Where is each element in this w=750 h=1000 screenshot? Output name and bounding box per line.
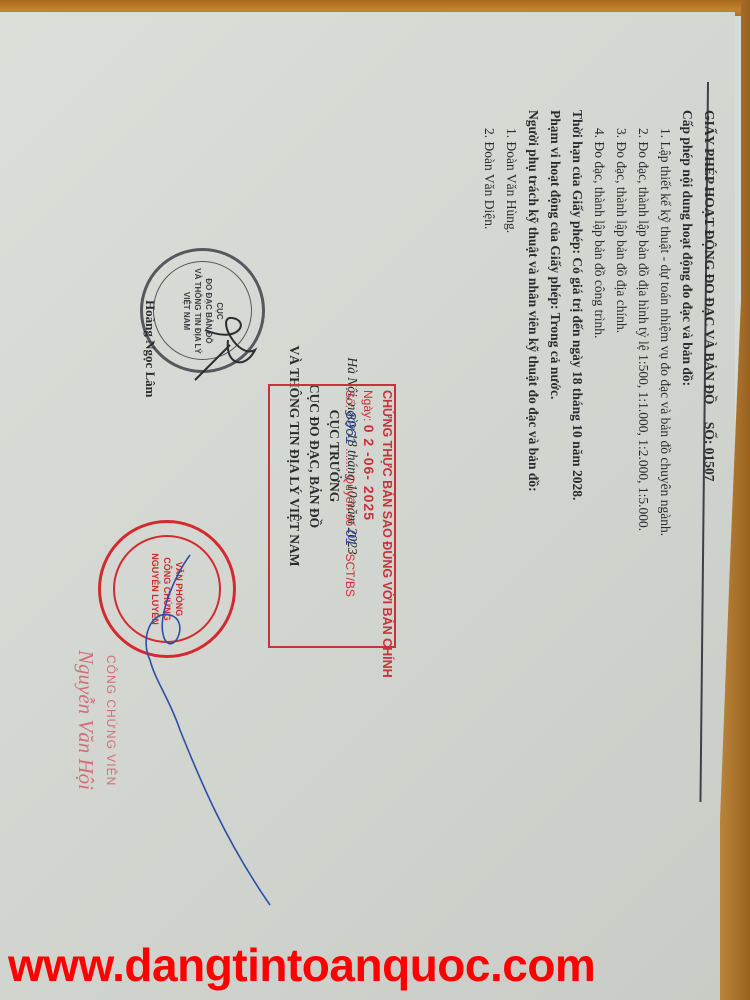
seal-line: ĐO ĐẠC BẢN ĐỒ	[203, 268, 214, 353]
scope-item: 4. Đo đạc, thành lập bản đồ công trình.	[588, 110, 610, 870]
date-value: 0 2 -06- 2025	[361, 425, 377, 521]
scope-heading: Cấp phép nội dung hoạt động đo đạc và bả…	[676, 110, 698, 870]
book-value: 01	[342, 529, 359, 546]
official-seal: CỤC ĐO ĐẠC BẢN ĐỒ VÀ THÔNG TIN ĐỊA LÝ VI…	[140, 248, 265, 373]
notary-seal-text: VĂN PHÒNG CÔNG CHỨNG NGUYỄN LUYẾN	[149, 553, 185, 625]
validity-line: Thời hạn của Giấy phép: Có giá trị đến n…	[566, 110, 588, 870]
notary-name: Nguyễn Văn Hội	[73, 650, 98, 790]
official-seal-text: CỤC ĐO ĐẠC BẢN ĐỒ VÀ THÔNG TIN ĐỊA LÝ VI…	[181, 268, 225, 353]
seal-line: CỤC	[214, 268, 225, 353]
title-text: GIẤY PHÉP HOẠT ĐỘNG ĐO ĐẠC VÀ BẢN ĐỒ	[702, 110, 717, 405]
seal-line: CÔNG CHỨNG	[161, 553, 173, 625]
certification-heading: CHỨNG THỰC BẢN SAO ĐÚNG VỚI BẢN CHÍNH	[378, 390, 396, 650]
notary-title: CÔNG CHỨNG VIÊN	[104, 655, 118, 786]
signer-name: Hoàng Ngọc Lâm	[142, 300, 158, 398]
watermark-url: www.dangtintoanquoc.com	[8, 938, 708, 992]
seal-line: VĂN PHÒNG	[173, 553, 185, 625]
book-label: Quyển số	[343, 475, 357, 526]
certification-stamp: CHỨNG THỰC BẢN SAO ĐÚNG VỚI BẢN CHÍNH Ng…	[341, 390, 396, 650]
scope-item: 3. Đo đạc, thành lập bản đồ địa chính.	[610, 110, 632, 870]
notary-seal: VĂN PHÒNG CÔNG CHỨNG NGUYỄN LUYẾN	[98, 520, 236, 658]
seal-line: VÀ THÔNG TIN ĐỊA LÝ	[192, 268, 203, 353]
book-suffix: -SCT/BS	[343, 550, 357, 597]
certification-number-row: Số: 8961 ....... Quyển số 01 -SCT/BS	[341, 390, 359, 650]
license-number: SỐ: 01507	[702, 422, 717, 482]
personnel-item: 2. Đoàn Văn Diện.	[478, 110, 500, 870]
scope-item: 1. Lập thiết kế kỹ thuật - dự toán nhiệm…	[654, 110, 676, 870]
number-label: Số:	[343, 390, 357, 408]
seal-line: VIỆT NAM	[181, 268, 192, 353]
date-label: Ngày:	[361, 390, 375, 421]
license-document-body: GIẤY PHÉP HOẠT ĐỘNG ĐO ĐẠC VÀ BẢN ĐỒ SỐ:…	[80, 110, 720, 870]
certification-date-row: Ngày: 0 2 -06- 2025	[359, 390, 378, 650]
personnel-heading: Người phụ trách kỹ thuật và nhân viên kỹ…	[522, 110, 544, 870]
seal-line: NGUYỄN LUYẾN	[149, 553, 161, 625]
area-line: Phạm vi hoạt động của Giấy phép: Trong c…	[544, 110, 566, 870]
number-value: 8961	[342, 411, 359, 444]
document-title: GIẤY PHÉP HOẠT ĐỘNG ĐO ĐẠC VÀ BẢN ĐỒ SỐ:…	[698, 110, 720, 870]
personnel-item: 1. Đoàn Văn Hùng.	[500, 110, 522, 870]
scope-item: 2. Đo đạc, thành lập bản đồ địa hình tỷ …	[632, 110, 654, 870]
